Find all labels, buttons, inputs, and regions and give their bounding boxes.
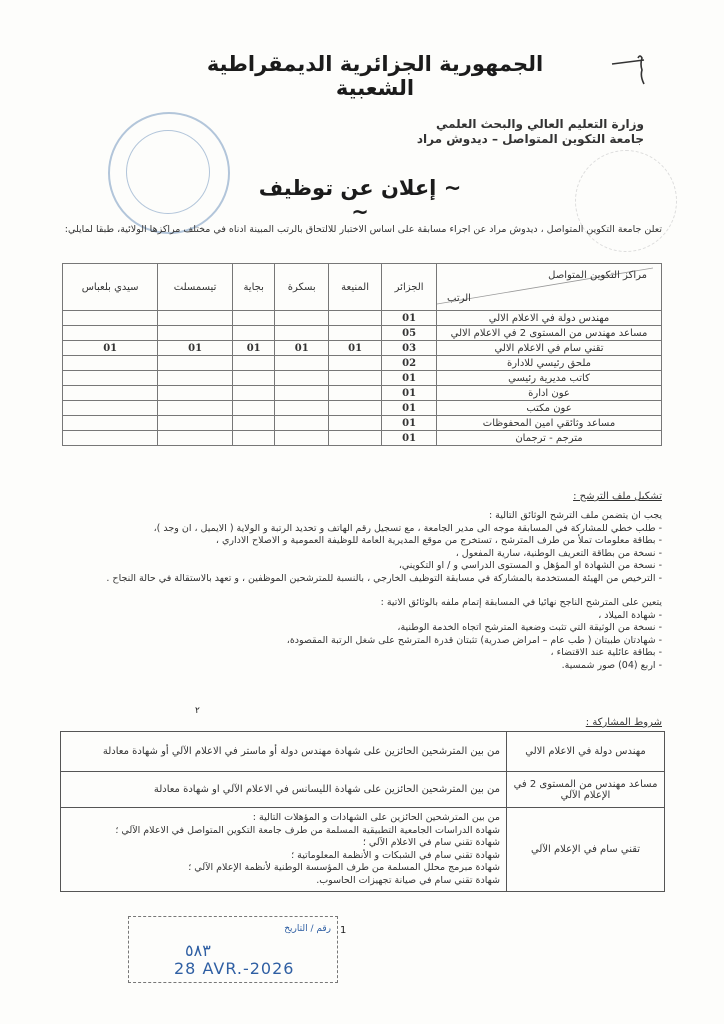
file-items-list: طلب خطي للمشاركة في المسابقة موجه الى مد… <box>62 523 662 586</box>
condition-text: من بين المترشحين الحائزين على شهادة اللي… <box>61 772 507 808</box>
condition-rank: مهندس دولة في الاعلام الالي <box>507 732 665 772</box>
count-cell <box>63 356 158 371</box>
university-name: جامعة التكوين المتواصل – ديدوش مراد <box>417 132 644 147</box>
count-cell: 05 <box>382 326 437 341</box>
rank-cell: كاتب مديرية رئيسي <box>437 371 662 386</box>
count-cell: 01 <box>232 341 275 356</box>
table-row: ملحق رئيسي للادارة02 <box>63 356 662 371</box>
count-cell <box>63 416 158 431</box>
list-item: شهادتان طبيتان ( طب عام – امراض صدرية) ت… <box>62 635 662 648</box>
center-header: بجاية <box>232 264 275 311</box>
center-header: المنيعة <box>328 264 381 311</box>
count-cell <box>275 431 328 446</box>
count-cell <box>275 311 328 326</box>
rank-cell: مساعد مهندس من المستوى 2 في الاعلام الال… <box>437 326 662 341</box>
count-cell <box>63 386 158 401</box>
count-cell <box>63 311 158 326</box>
condition-text: من بين المترشحين الحائزين على شهادة مهند… <box>61 732 507 772</box>
section-heading: تشكيل ملف الترشح : <box>62 491 662 502</box>
count-cell: 01 <box>328 341 381 356</box>
list-item: نسخة من الشهادة او المؤهل و المستوى الدر… <box>62 560 662 573</box>
table-row: عون مكتب01 <box>63 401 662 416</box>
count-cell <box>232 326 275 341</box>
count-cell: 02 <box>382 356 437 371</box>
count-cell <box>158 371 233 386</box>
count-cell <box>328 356 381 371</box>
list-item: شهادة تقني سام في الاعلام الآلي ؛ <box>67 837 500 850</box>
stamp-number: ٥٨٣ <box>185 941 211 960</box>
list-item: اربع (04) صور شمسية. <box>62 660 662 673</box>
list-item: شهادة الميلاد ، <box>62 610 662 623</box>
rank-cell: عون مكتب <box>437 401 662 416</box>
count-cell <box>158 311 233 326</box>
count-cell <box>275 326 328 341</box>
condition-items: شهادة الدراسات الجامعية التطبيقية المسلم… <box>67 825 500 888</box>
count-cell: 01 <box>158 341 233 356</box>
faded-seal-icon <box>575 150 677 252</box>
rank-cell: تقني سام في الاعلام الالي <box>437 341 662 356</box>
page-number: 1 <box>340 925 346 936</box>
count-cell: 01 <box>382 311 437 326</box>
condition-lead: من بين المترشحين الحائزين على الشهادات و… <box>67 812 500 825</box>
count-cell: 01 <box>382 371 437 386</box>
count-cell <box>275 386 328 401</box>
intro-paragraph: تعلن جامعة التكوين المتواصل ، ديدوش مراد… <box>62 224 662 235</box>
conditions-table: مهندس دولة في الاعلام الالي من بين المتر… <box>60 731 665 892</box>
count-cell <box>232 416 275 431</box>
corner-bottom-label: الرتب <box>447 293 471 304</box>
rank-cell: ملحق رئيسي للادارة <box>437 356 662 371</box>
count-cell <box>63 326 158 341</box>
institution-block: وزارة التعليم العالي والبحث العلمي جامعة… <box>417 117 644 147</box>
count-cell <box>232 371 275 386</box>
condition-rank: تقني سام في الإعلام الآلي <box>507 808 665 892</box>
count-cell <box>232 311 275 326</box>
count-cell <box>158 326 233 341</box>
count-cell <box>275 356 328 371</box>
table-corner-header: مراكز التكوين المتواصل الرتب <box>437 264 662 311</box>
side-mark: ٢ <box>195 706 200 716</box>
page-title: ~ إعلان عن توظيف ~ <box>250 176 470 224</box>
count-cell <box>328 416 381 431</box>
count-cell <box>232 386 275 401</box>
count-cell <box>158 416 233 431</box>
center-header: بسكرة <box>275 264 328 311</box>
file-lead: يجب ان يتضمن ملف الترشح الوثائق التالية … <box>62 510 662 523</box>
count-cell <box>328 326 381 341</box>
count-cell: 01 <box>382 401 437 416</box>
table-row: كاتب مديرية رئيسي01 <box>63 371 662 386</box>
count-cell <box>232 401 275 416</box>
count-cell <box>328 431 381 446</box>
count-cell <box>328 386 381 401</box>
count-cell: 01 <box>275 341 328 356</box>
count-cell <box>158 431 233 446</box>
corner-top-label: مراكز التكوين المتواصل <box>548 270 647 281</box>
list-item: طلب خطي للمشاركة في المسابقة موجه الى مد… <box>62 523 662 536</box>
count-cell <box>275 416 328 431</box>
count-cell <box>158 386 233 401</box>
count-cell <box>63 431 158 446</box>
center-header: سيدي بلعباس <box>63 264 158 311</box>
final-items-list: شهادة الميلاد ،نسخة من الوثيقة التي تثبت… <box>62 610 662 673</box>
list-item: شهادة مبرمج محلل المسلمة من طرف المؤسسة … <box>67 862 500 875</box>
count-cell <box>275 401 328 416</box>
conditions-heading: شروط المشاركة : <box>586 717 662 728</box>
count-cell <box>232 356 275 371</box>
final-lead: يتعين على المترشح الناجح نهائيا في المسا… <box>62 597 662 610</box>
count-cell <box>232 431 275 446</box>
received-stamp: رقم / التاريخ ٥٨٣ 28 AVR.-2026 <box>128 916 338 983</box>
table-row: عون ادارة01 <box>63 386 662 401</box>
list-item: بطاقة عائلية عند الاقتضاء ، <box>62 647 662 660</box>
count-cell: 01 <box>63 341 158 356</box>
count-cell <box>275 371 328 386</box>
count-cell <box>158 401 233 416</box>
ministry-name: وزارة التعليم العالي والبحث العلمي <box>417 117 644 132</box>
count-cell: 01 <box>382 416 437 431</box>
count-cell <box>328 371 381 386</box>
file-section: تشكيل ملف الترشح : يجب ان يتضمن ملف التر… <box>62 491 662 672</box>
count-cell: 03 <box>382 341 437 356</box>
rank-cell: مترجم - ترجمان <box>437 431 662 446</box>
center-header: تيسمسلت <box>158 264 233 311</box>
list-item: شهادة الدراسات الجامعية التطبيقية المسلم… <box>67 825 500 838</box>
list-item: شهادة تقني سام في صيانة تجهيزات الحاسوب. <box>67 875 500 888</box>
republic-header: الجمهورية الجزائرية الديمقراطية الشعبية <box>170 52 580 100</box>
stamp-label: رقم / التاريخ <box>284 923 331 935</box>
list-item: الترخيص من الهيئة المستخدمة بالمشاركة في… <box>62 573 662 586</box>
table-row: مهندس دولة في الاعلام الالي01 <box>63 311 662 326</box>
table-row: تقني سام في الاعلام الالي030101010101 <box>63 341 662 356</box>
rank-cell: مساعد وثائقي امين المحفوظات <box>437 416 662 431</box>
list-item: شهادة تقني سام في الشبكات و الأنظمة المع… <box>67 850 500 863</box>
condition-rank: مساعد مهندس من المستوى 2 في الإعلام الآل… <box>507 772 665 808</box>
count-cell <box>63 401 158 416</box>
table-row: مترجم - ترجمان01 <box>63 431 662 446</box>
count-cell: 01 <box>382 386 437 401</box>
center-header: الجزائر <box>382 264 437 311</box>
count-cell <box>328 311 381 326</box>
list-item: بطاقة معلومات تملأ من طرف المترشح ، تستخ… <box>62 535 662 548</box>
list-item: نسخة من الوثيقة التي تثبت وضعية المترشح … <box>62 622 662 635</box>
table-row: مساعد مهندس من المستوى 2 في الاعلام الال… <box>63 326 662 341</box>
condition-text: من بين المترشحين الحائزين على الشهادات و… <box>61 808 507 892</box>
rank-cell: مهندس دولة في الاعلام الالي <box>437 311 662 326</box>
university-seal-icon <box>108 112 230 234</box>
rank-cell: عون ادارة <box>437 386 662 401</box>
count-cell: 01 <box>382 431 437 446</box>
table-row: مساعد وثائقي امين المحفوظات01 <box>63 416 662 431</box>
count-cell <box>328 401 381 416</box>
stamp-date: 28 AVR.-2026 <box>174 959 294 978</box>
count-cell <box>63 371 158 386</box>
signature-mark <box>610 52 650 92</box>
posts-table: مراكز التكوين المتواصل الرتب الجزائر الم… <box>62 263 662 446</box>
list-item: نسخة من بطاقة التعريف الوطنية، سارية الم… <box>62 548 662 561</box>
count-cell <box>158 356 233 371</box>
